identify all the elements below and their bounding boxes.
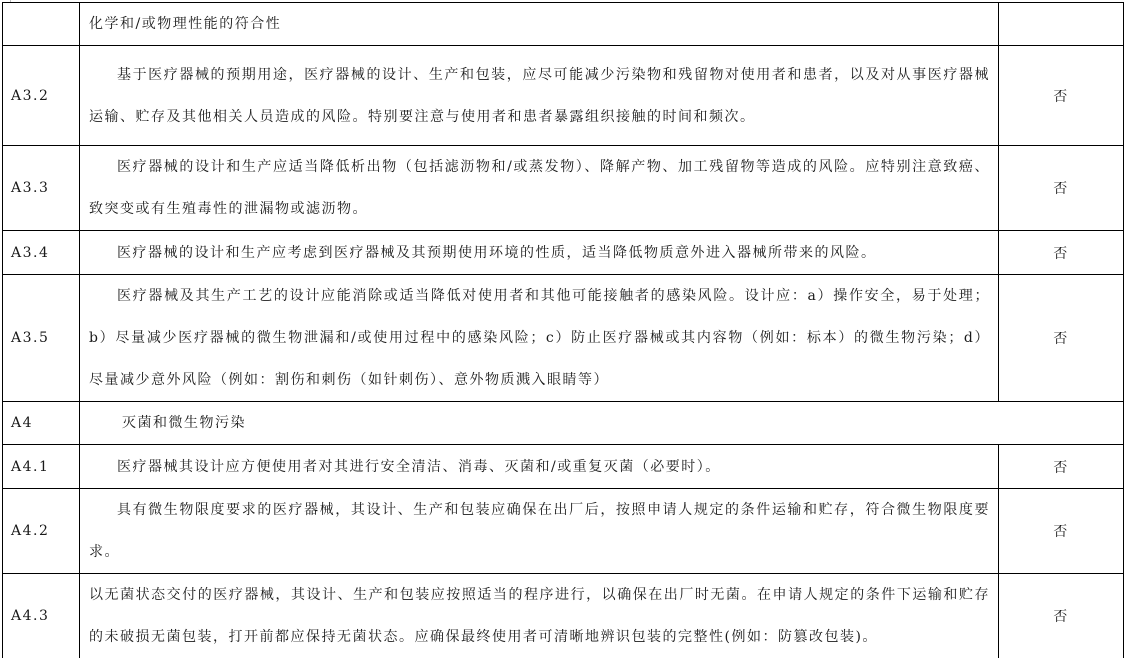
verdict-cell: 否 (999, 146, 1124, 231)
section-heading: 化学和/或物理性能的符合性 (89, 3, 990, 45)
requirement-text: 医疗器械的设计和生产应考虑到医疗器械及其预期使用环境的性质，适当降低物质意外进入… (89, 232, 990, 274)
requirement-text: 以无菌状态交付的医疗器械，其设计、生产和包装应按照适当的程序进行，以确保在出厂时… (89, 574, 990, 658)
clause-code-cell: A3.4 (3, 231, 80, 275)
clause-code-cell: A4.1 (3, 445, 80, 489)
requirement-text: 医疗器械其设计应方便使用者对其进行安全清洁、消毒、灭菌和/或重复灭菌（必要时）。 (89, 446, 990, 488)
table-row: 化学和/或物理性能的符合性 (3, 3, 1124, 46)
verdict-cell: 否 (999, 46, 1124, 146)
requirement-cell: 医疗器械其设计应方便使用者对其进行安全清洁、消毒、灭菌和/或重复灭菌（必要时）。 (80, 445, 999, 489)
requirement-text: 医疗器械及其生产工艺的设计应能消除或适当降低对使用者和其他可能接触者的感染风险。… (89, 275, 990, 401)
requirement-cell: 基于医疗器械的预期用途，医疗器械的设计、生产和包装，应尽可能减少污染物和残留物对… (80, 46, 999, 146)
requirement-cell: 医疗器械的设计和生产应考虑到医疗器械及其预期使用环境的性质，适当降低物质意外进入… (80, 231, 999, 275)
clause-code-cell: A3.2 (3, 46, 80, 146)
clause-code-cell: A4.3 (3, 574, 80, 658)
table-row: A3.5 医疗器械及其生产工艺的设计应能消除或适当降低对使用者和其他可能接触者的… (3, 275, 1124, 402)
clause-code-cell: A4 (3, 402, 80, 445)
requirement-cell: 具有微生物限度要求的医疗器械，其设计、生产和包装应确保在出厂后，按照申请人规定的… (80, 489, 999, 574)
table-row: A4 灭菌和微生物污染 (3, 402, 1124, 445)
table-row: A3.2 基于医疗器械的预期用途，医疗器械的设计、生产和包装，应尽可能减少污染物… (3, 46, 1124, 146)
table-row: A3.4 医疗器械的设计和生产应考虑到医疗器械及其预期使用环境的性质，适当降低物… (3, 231, 1124, 275)
requirement-cell: 以无菌状态交付的医疗器械，其设计、生产和包装应按照适当的程序进行，以确保在出厂时… (80, 574, 999, 658)
clause-code-cell (3, 3, 80, 46)
verdict-cell: 否 (999, 445, 1124, 489)
verdict-cell: 否 (999, 231, 1124, 275)
requirement-cell: 医疗器械的设计和生产应适当降低析出物（包括滤沥物和/或蒸发物）、降解产物、加工残… (80, 146, 999, 231)
clause-code-cell: A3.5 (3, 275, 80, 402)
table-row: A4.3 以无菌状态交付的医疗器械，其设计、生产和包装应按照适当的程序进行，以确… (3, 574, 1124, 658)
requirement-text: 具有微生物限度要求的医疗器械，其设计、生产和包装应确保在出厂后，按照申请人规定的… (89, 489, 990, 573)
verdict-cell: 否 (999, 275, 1124, 402)
requirement-text: 医疗器械的设计和生产应适当降低析出物（包括滤沥物和/或蒸发物）、降解产物、加工残… (89, 146, 990, 230)
table-row: A4.1 医疗器械其设计应方便使用者对其进行安全清洁、消毒、灭菌和/或重复灭菌（… (3, 445, 1124, 489)
table-row: A4.2 具有微生物限度要求的医疗器械，其设计、生产和包装应确保在出厂后，按照申… (3, 489, 1124, 574)
verdict-cell: 否 (999, 489, 1124, 574)
requirement-cell: 医疗器械及其生产工艺的设计应能消除或适当降低对使用者和其他可能接触者的感染风险。… (80, 275, 999, 402)
requirements-table: 化学和/或物理性能的符合性 A3.2 基于医疗器械的预期用途，医疗器械的设计、生… (2, 2, 1124, 658)
section-heading: 灭菌和微生物污染 (89, 402, 1115, 444)
requirement-cell: 化学和/或物理性能的符合性 (80, 3, 999, 46)
verdict-cell: 否 (999, 574, 1124, 658)
verdict-cell (999, 3, 1124, 46)
requirement-text: 基于医疗器械的预期用途，医疗器械的设计、生产和包装，应尽可能减少污染物和残留物对… (89, 54, 990, 138)
clause-code-cell: A3.3 (3, 146, 80, 231)
section-cell: 灭菌和微生物污染 (80, 402, 1124, 445)
table-row: A3.3 医疗器械的设计和生产应适当降低析出物（包括滤沥物和/或蒸发物）、降解产… (3, 146, 1124, 231)
clause-code-cell: A4.2 (3, 489, 80, 574)
